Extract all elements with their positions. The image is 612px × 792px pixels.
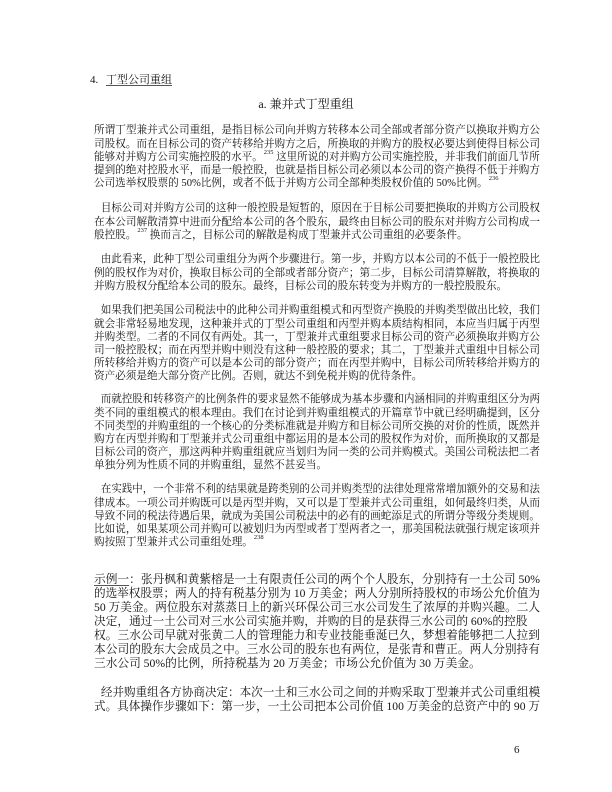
subsection-heading: a. 兼并式丁型重组 (0, 97, 612, 111)
text-line: 三水公司 50%的比例，所持税基为 20 万美金；市场公允价值为 30 万美金。 (94, 657, 540, 671)
text-segment: ：张丹枫和黄紫榕是一土有限责任公司的两个个人股东，分别持有一土公司 50% (129, 573, 540, 586)
footnote-ref-237: 237 (137, 227, 147, 234)
text-segment: 公司选举权股票的 50%比例，或者不低于并购方公司全部种类股权价值的 50%比例… (94, 178, 488, 189)
document-page: 4.丁型公司重组 a. 兼并式丁型重组 所谓丁型兼并式公司重组，是指目标公司向并… (0, 0, 612, 792)
footnote-ref-238: 238 (254, 534, 264, 541)
example-steps: 经并购重组各方协商决定：本次一土和三水公司之间的并购采取丁型兼并式公司重组模 式… (94, 686, 540, 714)
section-title: 丁型公司重组 (106, 74, 172, 86)
text-line: 能够对并购方公司实施控股的水平。235 这里所说的对并购方公司实施控股，并非我们… (94, 151, 538, 164)
text-line: 例的股权作为对价，换取目标公司的全部或者部分资产；第二步，目标公司清算解散，将换… (94, 267, 540, 280)
text-line: 般控股。237 换而言之，目标公司的解散是构成丁型兼并式公司重组的必要条件。 (94, 229, 540, 242)
text-line: 决定，通过一土公司对三水公司实施并购，并购的目的是获得三水公司的 60%的控股 (94, 615, 540, 629)
text-line: 类不同的重组模式的根本理由。我们在讨论到并购重组模式的开篇章节中就已经明确提到，… (94, 407, 540, 420)
text-segment: 这里所说的对并购方公司实施控股，并非我们前面几节所 (273, 152, 539, 163)
section-number: 4. (90, 73, 106, 87)
text-segment: 换而言之，目标公司的解散是构成丁型兼并式公司重组的必要条件。 (147, 230, 467, 241)
text-line: 经并购重组各方协商决定：本次一土和三水公司之间的并购采取丁型兼并式公司重组模 (94, 686, 535, 700)
paragraph-dissolution: 目标公司对并购方公司的这种一般控股是短暂的，原因在于目标公司要把换取的并购方公司… (94, 202, 540, 242)
text-line: 司一般控股权；而在丙型并购中则没有这种一般控股的要求；其二，丁型兼并式重组中目标… (94, 344, 540, 357)
text-line: 在本公司解散清算中进而分配给本公司的各个股东，最终由目标公司的股东对并购方公司构… (94, 216, 540, 229)
text-line: 示例一：张丹枫和黄紫榕是一土有限责任公司的两个个人股东，分别持有一土公司 50% (94, 573, 540, 587)
text-line: 如果我们把美国公司税法中的此种公司并购重组模式和丙型资产换股的并购类型做出比较，… (94, 304, 534, 317)
text-line: 并购类型。二者的不同仅有两处。其一，丁型兼并式重组要求目标公司的资产必须换取并购… (94, 331, 540, 344)
text-line: 律成本。一项公司并购既可以是丙型并购，又可以是丁型兼并式公司重组，如何最终归类，… (94, 497, 540, 510)
paragraph-critique: 而就控股和转移资产的比例条件的要求显然不能够成为基本步骤和内涵相同的并购重组区分… (94, 393, 540, 472)
text-line: 资产必须是绝大部分资产比例。否则，就达不到免税并购的优待条件。 (94, 370, 540, 383)
text-line: 50 万美金。两位股东对蒸蒸日上的新兴环保公司三水公司发生了浓厚的并购兴趣。二人 (94, 601, 539, 615)
text-line: 由此看来，此种丁型公司重组分为两个步骤进行。第一步，并购方以本公司的不低于一般控… (94, 253, 534, 266)
text-line: 所谓丁型兼并式公司重组，是指目标公司向并购方转移本公司全部或者部分资产以换取并购… (94, 124, 540, 137)
page-number: 6 (514, 743, 520, 757)
text-line: 式。具体操作步骤如下：第一步，一土公司把本公司价值 100 万美金的总资产中的 … (94, 700, 536, 714)
footnote-ref-236: 236 (489, 175, 499, 182)
text-segment: 购按照丁型兼并式公司重组处理。 (94, 537, 253, 548)
text-line: 就会非常轻易地发现，这种兼并式的丁型公司重组和丙型并购本质结构相同，本应当归属于… (94, 318, 540, 331)
paragraph-comparison: 如果我们把美国公司税法中的此种公司并购重组模式和丙型资产换股的并购类型做出比较，… (94, 304, 540, 383)
text-line: 司股权。而在目标公司的资产转移给并购方之后，所换取的并购方的股权必要达到使得目标… (94, 138, 540, 151)
text-segment: 能够对并购方公司实施控股的水平。 (94, 152, 263, 163)
text-line: 的选举权股票；两人的持有税基分别为 10 万美金；两人分别所持股权的市场公允价值… (94, 587, 536, 601)
text-line: 而就控股和转移资产的比例条件的要求显然不能够成为基本步骤和内涵相同的并购重组区分… (94, 393, 534, 406)
text-line: 在实践中，一个非常不利的结果就是跨类别的公司并购类型的法律处理常常增加额外的交易… (94, 483, 534, 496)
footnote-ref-235: 235 (264, 149, 274, 156)
text-line: 所转移给并购方的资产可以是本公司的部分资产；而在丙型并购中，目标公司所转移给并购… (94, 357, 540, 370)
example-label: 示例一 (94, 573, 129, 586)
text-line: 单独分列为性质不同的并购重组，显然不甚妥当。 (94, 459, 540, 472)
text-line: 目标公司的资产，那这两种并购重组就应当划归为同一类的公司并购模式。美国公司税法把… (94, 446, 540, 459)
paragraph-two-steps: 由此看来，此种丁型公司重组分为两个步骤进行。第一步，并购方以本公司的不低于一般控… (94, 253, 540, 293)
text-line: 导致不同的税法待遇后果，就成为美国公司税法中的必有的画蛇添足式的所谓分等级分类规… (94, 510, 540, 523)
text-line: 并购方股权分配给本公司的股东。最终，目标公司的股东转变为并购方的一般控股股东。 (94, 280, 540, 293)
example-intro: 示例一：张丹枫和黄紫榕是一土有限责任公司的两个个人股东，分别持有一土公司 50%… (94, 573, 540, 671)
text-segment: 般控股。 (94, 230, 136, 241)
text-line: 提到的绝对控股水平，而是一般控股，也就是指目标公司必须以本公司的资产换得不低于并… (94, 164, 540, 177)
text-line: 目标公司对并购方公司的这种一般控股是短暂的，原因在于目标公司要把换取的并购方公司… (94, 202, 534, 215)
text-line: 权。三水公司早就对张黄二人的管理能力和专业技能垂涎已久，梦想着能够把二人拉到 (94, 629, 540, 643)
paragraph-practice: 在实践中，一个非常不利的结果就是跨类别的公司并购类型的法律处理常常增加额外的交易… (94, 483, 540, 549)
text-line: 购按照丁型兼并式公司重组处理。238 (94, 536, 540, 549)
text-line: 不同类型的并购重组的一个核心的分类标准就是并购方和目标公司所交换的对价的性质，既… (94, 420, 540, 433)
section-heading: 4.丁型公司重组 (90, 73, 172, 87)
text-line: 公司选举权股票的 50%比例，或者不低于并购方公司全部种类股权价值的 50%比例… (94, 177, 540, 190)
text-line: 购方在丙型并购和丁型兼并式公司重组中都运用的是本公司的股权作为对价，而所换取的又… (94, 433, 540, 446)
text-line: 本公司的股东大会成员之中。三水公司的股东也有两位，是张青和曹正。两人分别持有 (94, 643, 540, 657)
paragraph-definition: 所谓丁型兼并式公司重组，是指目标公司向并购方转移本公司全部或者部分资产以换取并购… (94, 124, 540, 190)
text-line: 比如说，如果某项公司并购可以被划归为丙型或者丁型两者之一，那美国税法就强行规定该… (94, 523, 540, 536)
